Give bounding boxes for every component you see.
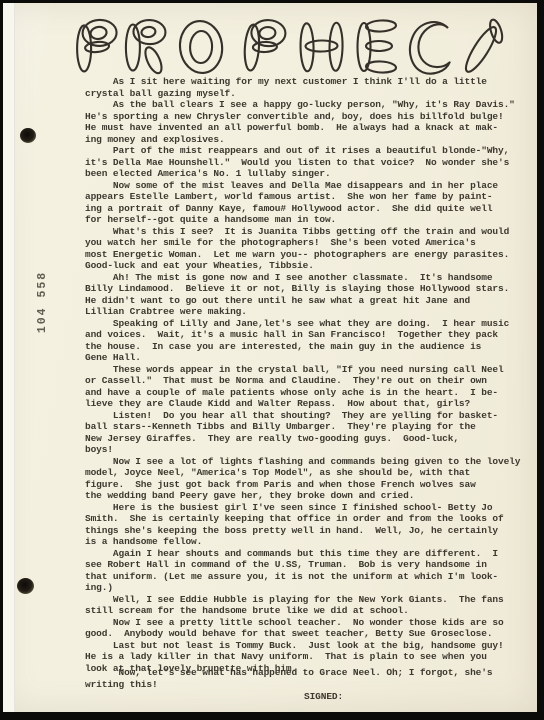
text-line: figure. She just got back from Paris and… [85,479,533,491]
title-prophecy-lettering [65,14,521,76]
text-line: Speaking of Lilly and Jane,let's see wha… [85,318,533,330]
text-line: Part of the mist reappears and out of it… [85,145,533,157]
text-line: ing a portrait of Danny Kaye, famou# Hol… [85,203,533,215]
text-line: Now, let's see what has happened to Grac… [85,667,533,679]
text-line: writing this! [85,679,533,691]
text-line: the wedding band Peery gave her, they br… [85,490,533,502]
text-line: Gene Hall. [85,352,533,364]
text-line: ing.) [85,582,533,594]
text-line: been elected America's No. 1 lullaby sin… [85,168,533,180]
text-line: ing money and explosives. [85,134,533,146]
hole-punch-bottom [17,578,34,594]
stamp-number: 104 558 [36,252,50,352]
text-line: As the ball clears I see a happy go-luck… [85,99,533,111]
title-letter [300,22,344,71]
text-line: is a handsome fellow. [85,536,533,548]
text-line: most Energetic Woman. Let me warn you-- … [85,249,533,261]
signed-label: SIGNED: [85,691,533,703]
text-line: He didn't want to go out there until he … [85,295,533,307]
paper-sheet: 104 558 [3,3,537,712]
document-page: 104 558 [0,0,544,720]
body-text: As I sit here waiting for my next custom… [85,76,533,702]
text-line: Well, I see Eddie Hubble is playing for … [85,594,533,606]
text-line: Ah! The mist is gone now and I see anoth… [85,272,533,284]
text-line: still scream for the handsome brute like… [85,605,533,617]
title-letter [177,18,225,75]
binding-edge [3,3,15,712]
text-line: it's Della Mae Hounshell." Would you lis… [85,157,533,169]
text-line: that uniform. (Let me assure you, it is … [85,571,533,583]
text-line: good. Anybody would behave for that swee… [85,628,533,640]
text-line: appears Estelle Lambert, world famous ar… [85,191,533,203]
text-line: He must have invented an all powerful bo… [85,122,533,134]
text-line: Now I see a lot of lights flashing and c… [85,456,533,468]
text-line: the house. In case you are interested, t… [85,341,533,353]
text-line: lieve they are Claude Kidd and Walter Re… [85,398,533,410]
text-line: and voices. Wait, it's a music hall in S… [85,329,533,341]
text-line: for herself--got quite a handsome man in… [85,214,533,226]
text-line: boys! [85,444,533,456]
text-line: Now some of the mist leaves and Della Ma… [85,180,533,192]
text-line: Smith. She is certainly keeping that off… [85,513,533,525]
title-letter [409,22,450,75]
text-line: model, Joyce Neel, "America's Top Model"… [85,467,533,479]
text-line: Again I hear shouts and commands but thi… [85,548,533,560]
text-line: crystal ball gazing myself. [85,88,533,100]
text-line: He's sporting a new Chrysler convertible… [85,111,533,123]
title-letter [75,19,118,72]
closing-lines: Now, let's see what has happened to Grac… [85,667,533,690]
text-line: Now I see a pretty little school teacher… [85,617,533,629]
hole-punch-top [20,128,36,143]
title-letter [243,19,286,72]
text-line: you watch her smile for the photographer… [85,237,533,249]
text-line: things she's keeping the boss pretty wel… [85,525,533,537]
text-line: Billy Lindamood. Believe it or not, Bill… [85,283,533,295]
text-line: New Jersey Giraffes. They are really two… [85,433,533,445]
text-line: Listen! Do you hear all that shouting? T… [85,410,533,422]
text-line: He is a lady killer in that Navy uniform… [85,651,533,663]
title-letter [124,19,166,76]
text-line: or Cassell." That must be Norma and Clau… [85,375,533,387]
title-letter [460,14,509,76]
title-letter [358,20,397,74]
text-line: Lillian Crabtree were making. [85,306,533,318]
text-line: These words appear in the crystal ball, … [85,364,533,376]
text-line: ball stars--Kenneth Tibbs and Billy Umba… [85,421,533,433]
prophecy-paragraph-lines: As I sit here waiting for my next custom… [85,76,533,674]
text-line: Last but not least is Tommy Buck. Just l… [85,640,533,652]
text-line: Good-luck and eat your Wheaties, Tibbsie… [85,260,533,272]
text-line: see Robert Hall in command of the U.SS, … [85,559,533,571]
text-line: and have a couple of male patients whose… [85,387,533,399]
text-line: What's this I see? It is Juanita Tibbs g… [85,226,533,238]
text-line: As I sit here waiting for my next custom… [85,76,533,88]
text-line: Here is the busiest girl I've seen since… [85,502,533,514]
